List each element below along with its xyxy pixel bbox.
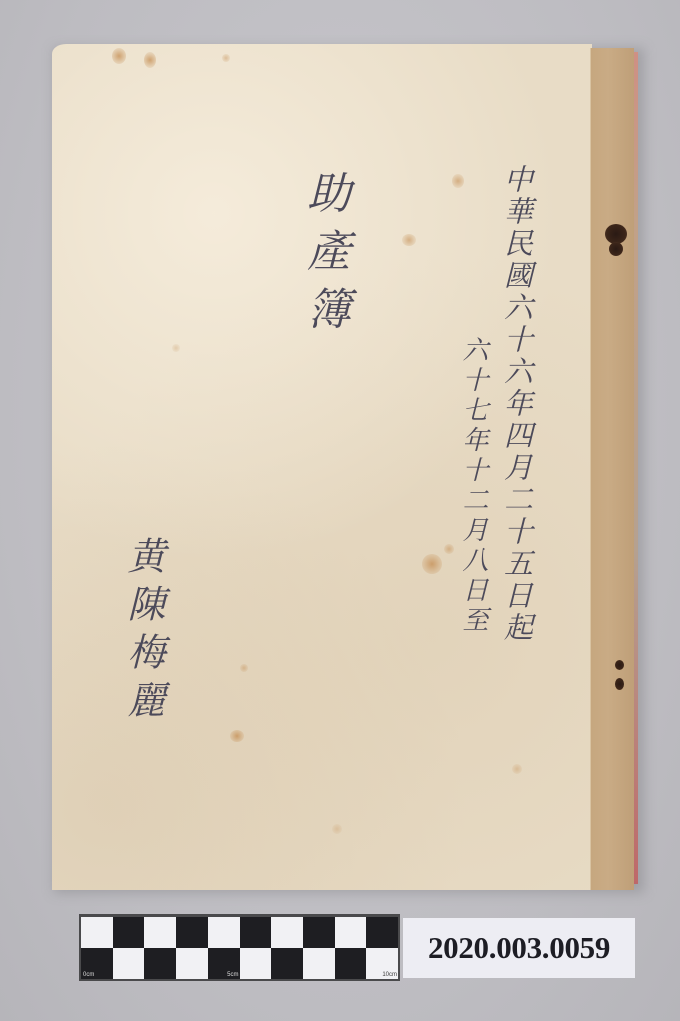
scale-cell	[271, 917, 303, 948]
stain	[112, 48, 126, 64]
scale-cell	[144, 917, 176, 948]
scale-cell	[366, 917, 398, 948]
scale-cell	[81, 917, 113, 948]
notebook-cover: 助產簿 中華民國六十六年四月二十五日起 六十七年十二月八日至 黄陳梅麗	[52, 44, 592, 890]
scale-cell	[113, 948, 145, 979]
stain	[144, 52, 156, 68]
notebook-title: 助產簿	[302, 170, 346, 344]
stain	[240, 664, 248, 672]
scale-checkerboard: 0cm 5cm 10cm	[81, 917, 398, 979]
scale-cell: 0cm	[81, 948, 113, 979]
scale-cell	[240, 948, 272, 979]
stain	[422, 554, 442, 574]
start-date: 中華民國六十六年四月二十五日起	[502, 164, 531, 644]
scale-label-10: 10cm	[382, 972, 397, 978]
stain	[444, 544, 454, 554]
binding-hole-icon	[615, 660, 624, 670]
notebook: 助產簿 中華民國六十六年四月二十五日起 六十七年十二月八日至 黄陳梅麗	[52, 44, 640, 890]
spine-edge	[634, 52, 638, 884]
scale-cell	[335, 917, 367, 948]
scale-cell	[176, 948, 208, 979]
stain	[512, 764, 522, 774]
end-date: 六十七年十二月八日至	[460, 336, 486, 636]
stain	[222, 54, 230, 62]
scale-cell: 10cm	[366, 948, 398, 979]
binding-hole-icon	[609, 242, 623, 256]
accession-number-label: 2020.003.0059	[403, 918, 635, 978]
scale-label-5: 5cm	[227, 972, 238, 978]
binding-hole-icon	[615, 678, 624, 690]
scale-cell	[208, 917, 240, 948]
stain	[402, 234, 416, 246]
scale-cell	[144, 948, 176, 979]
stain	[172, 344, 180, 352]
scale-cell	[303, 917, 335, 948]
scale-bar: 0cm 5cm 10cm	[79, 914, 400, 981]
stain	[332, 824, 342, 834]
scale-cell	[303, 948, 335, 979]
scale-cell	[176, 917, 208, 948]
scale-cell	[271, 948, 303, 979]
owner-name: 黄陳梅麗	[124, 536, 162, 728]
scale-label-0: 0cm	[83, 972, 94, 978]
scale-cell	[240, 917, 272, 948]
scale-cell	[335, 948, 367, 979]
stain	[230, 730, 244, 742]
binding-hole-icon	[605, 224, 627, 244]
scale-cell: 5cm	[208, 948, 240, 979]
scale-cell	[113, 917, 145, 948]
notebook-spine	[590, 48, 634, 890]
stain	[452, 174, 464, 188]
